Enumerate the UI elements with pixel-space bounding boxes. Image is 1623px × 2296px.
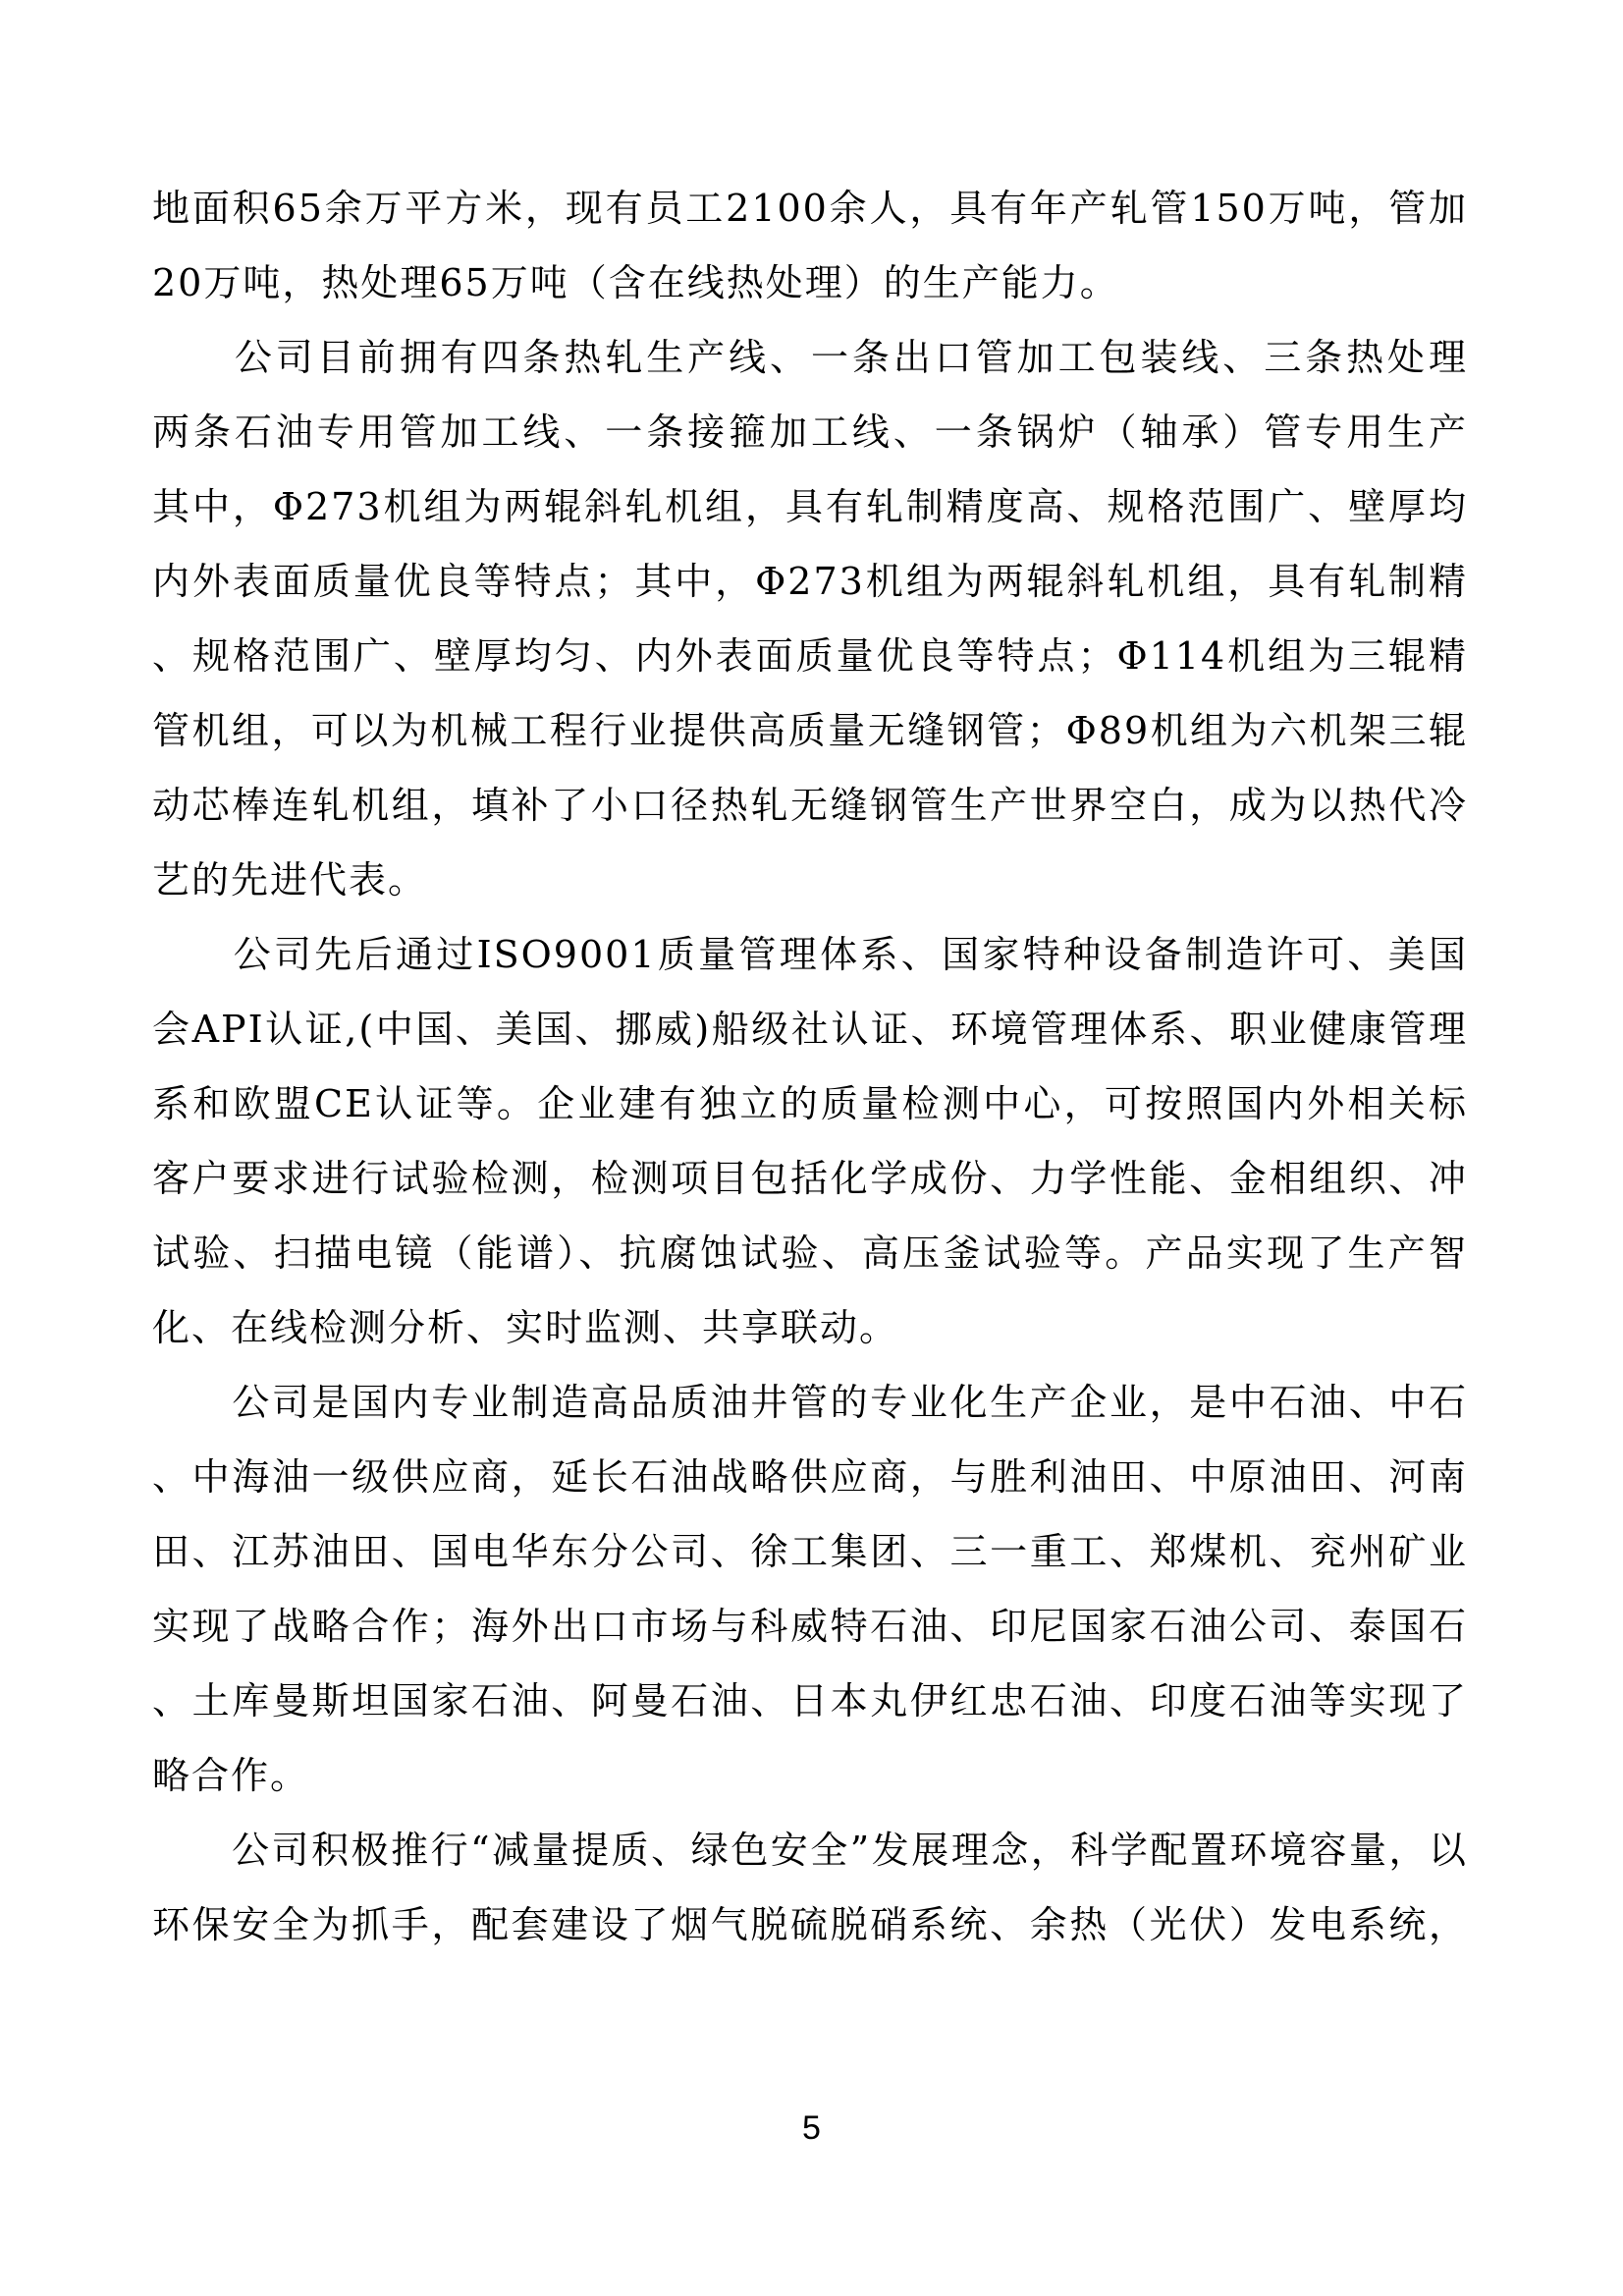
text-line: 地面积65余万平方米，现有员工2100余人，具有年产轧管150万吨，管加工车丝 bbox=[152, 171, 1468, 246]
text-line: 艺的先进代表。 bbox=[152, 843, 1468, 917]
text-line: 、中海油一级供应商，延长石油战略供应商，与胜利油田、中原油田、河南油 bbox=[152, 1440, 1468, 1514]
text-block: 地面积65余万平方米，现有员工2100余人，具有年产轧管150万吨，管加工车丝 … bbox=[152, 171, 1468, 1962]
text-line: 内外表面质量优良等特点；其中，Φ273机组为两辊斜轧机组，具有轧制精度高 bbox=[152, 544, 1468, 619]
text-line: 其中，Φ273机组为两辊斜轧机组，具有轧制精度高、规格范围广、壁厚均匀、 bbox=[152, 469, 1468, 544]
text-line: 公司先后通过ISO9001质量管理体系、国家特种设备制造许可、美国石油学 bbox=[152, 917, 1468, 992]
text-line: 环保安全为抓手，配套建设了烟气脱硫脱硝系统、余热（光伏）发电系统，稀 bbox=[152, 1887, 1468, 1962]
text-line: 动芯棒连轧机组，填补了小口径热轧无缝钢管生产世界空白，成为以热代冷工 bbox=[152, 768, 1468, 843]
text-line: 两条石油专用管加工线、一条接箍加工线、一条锅炉（轴承）管专用生产线。 bbox=[152, 395, 1468, 469]
text-line: 公司是国内专业制造高品质油井管的专业化生产企业，是中石油、中石化 bbox=[152, 1365, 1468, 1440]
page-number: 5 bbox=[0, 2109, 1623, 2148]
document-page: 地面积65余万平方米，现有员工2100余人，具有年产轧管150万吨，管加工车丝 … bbox=[0, 0, 1623, 2296]
text-line: 化、在线检测分析、实时监测、共享联动。 bbox=[152, 1290, 1468, 1365]
text-line: 客户要求进行试验检测，检测项目包括化学成份、力学性能、金相组织、冲击 bbox=[152, 1141, 1468, 1216]
text-line: 公司积极推行“减量提质、绿色安全”发展理念，科学配置环境容量，以 bbox=[152, 1813, 1468, 1887]
text-line: 、土库曼斯坦国家石油、阿曼石油、日本丸伊红忠石油、印度石油等实现了战 bbox=[152, 1664, 1468, 1738]
text-line: 系和欧盟CE认证等。企业建有独立的质量检测中心，可按照国内外相关标准和 bbox=[152, 1066, 1468, 1141]
text-line: 公司目前拥有四条热轧生产线、一条出口管加工包装线、三条热处理线、 bbox=[152, 320, 1468, 395]
text-line: 、规格范围广、壁厚均匀、内外表面质量优良等特点；Φ114机组为三辊精密轧 bbox=[152, 619, 1468, 693]
text-line: 略合作。 bbox=[152, 1738, 1468, 1813]
text-line: 会API认证,(中国、美国、挪威)船级社认证、环境管理体系、职业健康管理体 bbox=[152, 992, 1468, 1066]
text-line: 管机组，可以为机械工程行业提供高质量无缝钢管；Φ89机组为六机架三辊限 bbox=[152, 693, 1468, 768]
text-line: 田、江苏油田、国电华东分公司、徐工集团、三一重工、郑煤机、兖州矿业等 bbox=[152, 1514, 1468, 1589]
text-line: 20万吨，热处理65万吨（含在线热处理）的生产能力。 bbox=[152, 246, 1468, 320]
text-line: 实现了战略合作；海外出口市场与科威特石油、印尼国家石油公司、泰国石油 bbox=[152, 1589, 1468, 1664]
text-line: 试验、扫描电镜（能谱）、抗腐蚀试验、高压釜试验等。产品实现了生产智能 bbox=[152, 1216, 1468, 1290]
